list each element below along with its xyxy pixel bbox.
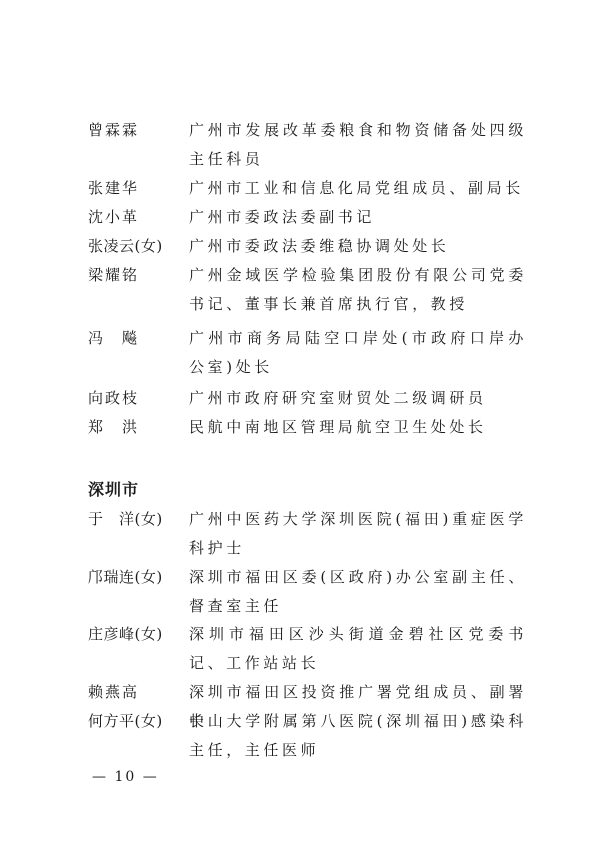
person-name: 张建华 [88,174,139,203]
person-title: 广州市委政法委维稳协调处处长 [189,232,527,261]
person-name: 何方平(女) [88,707,163,736]
person-name: 曾霖霖 [88,116,139,145]
person-name: 庄彦峰(女) [88,620,163,649]
person-title: 广州金域医学检验集团股份有限公司党委书记、董事长兼首席执行官，教授 [189,261,527,319]
page-number: — 10 — [92,764,159,790]
person-name: 邝瑞连(女) [88,563,163,592]
person-title: 广州市政府研究室财贸处二级调研员 [189,384,527,413]
section-title-shenzhen: 深圳市 [88,475,139,504]
person-name: 沈小革 [88,203,139,232]
person-name: 郑 洪 [88,413,139,442]
person-name: 向政枝 [88,384,139,413]
person-title: 深圳市福田区委(区政府)办公室副主任、督查室主任 [189,563,527,621]
person-title: 深圳市福田区沙头街道金碧社区党委书记、工作站站长 [189,620,527,678]
person-title: 广州市商务局陆空口岸处(市政府口岸办公室)处长 [189,324,527,382]
person-title: 中山大学附属第八医院(深圳福田)感染科主任，主任医师 [189,707,527,765]
person-name: 冯 飚 [88,324,139,353]
person-name: 赖燕高 [88,678,139,707]
person-name: 张凌云(女) [88,232,163,261]
person-title: 民航中南地区管理局航空卫生处处长 [189,413,527,442]
person-title: 广州市委政法委副书记 [189,203,527,232]
person-title: 广州市发展改革委粮食和物资储备处四级主任科员 [189,116,527,174]
person-title: 广州市工业和信息化局党组成员、副局长 [189,174,527,203]
document-page: 曾霖霖 广州市发展改革委粮食和物资储备处四级主任科员 张建华 广州市工业和信息化… [0,0,612,859]
person-name: 于 洋(女) [88,505,163,534]
person-title: 广州中医药大学深圳医院(福田)重症医学科护士 [189,505,527,563]
person-name: 梁耀铭 [88,261,139,290]
